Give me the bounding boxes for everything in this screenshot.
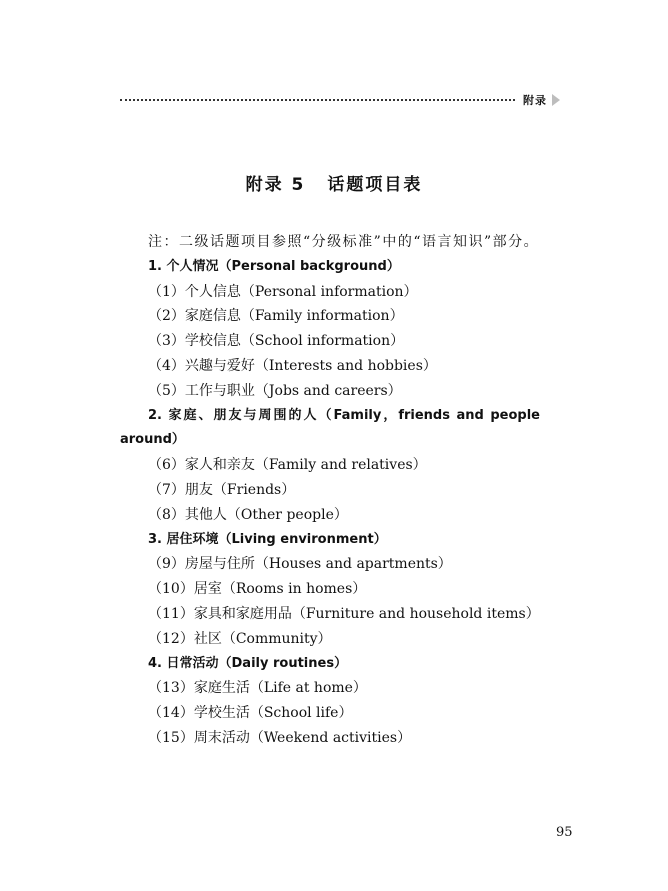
list-item: （13）家庭生活（Life at home） [120, 676, 540, 701]
note-paragraph: 注：二级话题项目参照“分级标准”中的“语言知识”部分。 [120, 230, 540, 255]
list-item: （9）房屋与住所（Houses and apartments） [120, 552, 540, 577]
appendix-heading: 话题项目表 [327, 175, 422, 195]
list-item: （4）兴趣与爱好（Interests and hobbies） [120, 354, 540, 379]
list-item: （11）家具和家庭用品（Furniture and household item… [120, 602, 540, 627]
page-title: 附录 5话题项目表 [0, 170, 668, 195]
list-item: （10）居室（Rooms in homes） [120, 577, 540, 602]
list-item: （14）学校生活（School life） [120, 701, 540, 726]
list-item: （6）家人和亲友（Family and relatives） [120, 453, 540, 478]
triangle-right-icon [552, 94, 560, 106]
running-title: 附录 [523, 92, 547, 108]
list-item: （5）工作与职业（Jobs and careers） [120, 379, 540, 404]
running-header: 附录 [120, 92, 560, 108]
appendix-label: 附录 5 [246, 175, 306, 195]
list-item: （12）社区（Community） [120, 627, 540, 652]
list-item: （8）其他人（Other people） [120, 503, 540, 528]
dotted-rule [120, 99, 515, 101]
page-number: 95 [556, 825, 573, 840]
section-heading-1: 1. 个人情况（Personal background） [120, 255, 540, 280]
section-heading-2: 2. 家庭、朋友与周围的人（Family，friends and people … [120, 404, 540, 454]
list-item: （3）学校信息（School information） [120, 329, 540, 354]
list-item: （7）朋友（Friends） [120, 478, 540, 503]
section-heading-4: 4. 日常活动（Daily routines） [120, 652, 540, 677]
list-item: （15）周末活动（Weekend activities） [120, 726, 540, 751]
list-item: （1）个人信息（Personal information） [120, 280, 540, 305]
section-heading-3: 3. 居住环境（Living environment） [120, 528, 540, 553]
list-item: （2）家庭信息（Family information） [120, 304, 540, 329]
topic-list: 注：二级话题项目参照“分级标准”中的“语言知识”部分。 1. 个人情况（Pers… [120, 230, 540, 751]
